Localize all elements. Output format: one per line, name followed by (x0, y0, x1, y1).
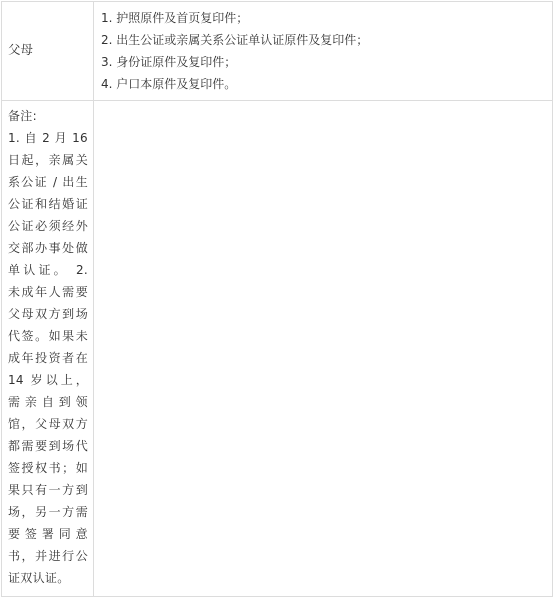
list-item: 1. 护照原件及首页复印件； (101, 7, 544, 29)
note-line: 日起，亲属关 (8, 149, 88, 171)
list-item: 3. 身份证原件及复印件； (101, 51, 544, 73)
note-line: 书，并进行公 (8, 545, 88, 567)
requirements-table: 父母 1. 护照原件及首页复印件； 2. 出生公证或亲属关系公证单认证原件及复印… (1, 1, 553, 597)
note-line: 14 岁以上， (8, 369, 88, 391)
note-line: 都需要到场代 (8, 435, 88, 457)
notes-heading: 备注: (8, 105, 88, 127)
note-line: 要签署同意 (8, 523, 88, 545)
note-line: 签授权书；如 (8, 457, 88, 479)
note-line: 父母双方到场 (8, 303, 88, 325)
note-line: 馆，父母双方 (8, 413, 88, 435)
note-line: 公证必须经外 (8, 215, 88, 237)
note-line: 场，另一方需 (8, 501, 88, 523)
column-divider (93, 2, 94, 596)
note-line: 需亲自到领 (8, 391, 88, 413)
required-documents-list: 1. 护照原件及首页复印件； 2. 出生公证或亲属关系公证单认证原件及复印件； … (101, 7, 544, 95)
table-row-notes: 备注: 1. 自 2 月 16 日起，亲属关 系公证 / 出生 公证和结婚证 公… (2, 101, 552, 596)
note-line: 单认证。 2. (8, 259, 88, 281)
note-line: 代签。如果未 (8, 325, 88, 347)
note-line: 公证和结婚证 (8, 193, 88, 215)
list-item: 2. 出生公证或亲属关系公证单认证原件及复印件； (101, 29, 544, 51)
row-label-parents: 父母 (8, 39, 33, 61)
note-line: 成年投资者在 (8, 347, 88, 369)
note-line: 果只有一方到 (8, 479, 88, 501)
table-row-parents: 父母 1. 护照原件及首页复印件； 2. 出生公证或亲属关系公证单认证原件及复印… (2, 2, 552, 101)
note-line: 系公证 / 出生 (8, 171, 88, 193)
note-line: 证双认证。 (8, 567, 88, 589)
note-line: 交部办事处做 (8, 237, 88, 259)
list-item: 4. 户口本原件及复印件。 (101, 73, 544, 95)
note-line: 未成年人需要 (8, 281, 88, 303)
note-line: 1. 自 2 月 16 (8, 127, 88, 149)
notes-cell: 备注: 1. 自 2 月 16 日起，亲属关 系公证 / 出生 公证和结婚证 公… (8, 105, 88, 589)
